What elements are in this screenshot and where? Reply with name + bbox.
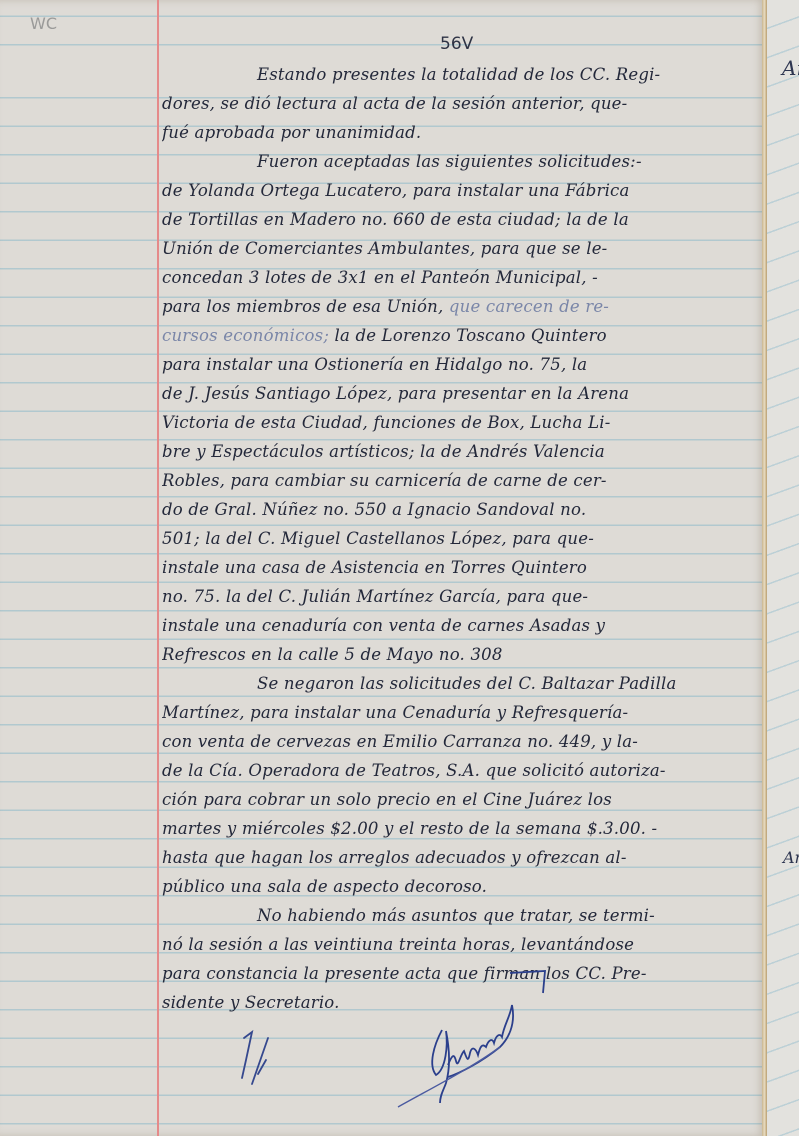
line-text: no. 75. la del C. Julián Martínez García… <box>162 587 588 606</box>
line-text: Martínez, para instalar una Cenaduría y … <box>162 703 628 722</box>
text-line: instale una cenaduría con venta de carne… <box>162 611 758 640</box>
line-text: sidente y Secretario. <box>162 993 340 1012</box>
corner-stamp: WC <box>30 14 57 33</box>
text-line: martes y miércoles $2.00 y el resto de l… <box>162 814 758 843</box>
text-line: cursos económicos; la de Lorenzo Toscano… <box>162 321 758 350</box>
line-text: para los miembros de esa Unión, <box>162 297 443 316</box>
folio-number: 56V <box>440 34 473 54</box>
next-page-mark: Ar <box>782 56 799 80</box>
text-line: Fueron aceptadas las siguientes solicitu… <box>162 147 758 176</box>
next-page-strip: Ar Ar <box>767 0 799 1136</box>
text-line: Refrescos en la calle 5 de Mayo no. 308 <box>162 640 758 669</box>
text-line: Unión de Comerciantes Ambulantes, para q… <box>162 234 758 263</box>
line-text: Estando presentes la totalidad de los CC… <box>257 65 660 84</box>
text-line: para los miembros de esa Unión, que care… <box>162 292 758 321</box>
line-text: ción para cobrar un solo precio en el Ci… <box>162 790 612 809</box>
next-page-mark: Ar <box>783 848 799 867</box>
line-text: 501; la del C. Miguel Castellanos López,… <box>162 529 594 548</box>
text-line: fué aprobada por unanimidad. <box>162 118 758 147</box>
line-text: bre y Espectáculos artísticos; la de And… <box>162 442 605 461</box>
text-line: de Tortillas en Madero no. 660 de esta c… <box>162 205 758 234</box>
line-text: concedan 3 lotes de 3x1 en el Panteón Mu… <box>162 268 598 287</box>
text-line: Estando presentes la totalidad de los CC… <box>162 60 758 89</box>
text-line: de Yolanda Ortega Lucatero, para instala… <box>162 176 758 205</box>
text-line: do de Gral. Núñez no. 550 a Ignacio Sand… <box>162 495 758 524</box>
text-line: de J. Jesús Santiago López, para present… <box>162 379 758 408</box>
line-text: Refrescos en la calle 5 de Mayo no. 308 <box>162 645 503 664</box>
line-text: Victoria de esta Ciudad, funciones de Bo… <box>162 413 611 432</box>
line-text: nó la sesión a las veintiuna treinta hor… <box>162 935 634 954</box>
line-text: dores, se dió lectura al acta de la sesi… <box>162 94 627 113</box>
text-line: Martínez, para instalar una Cenaduría y … <box>162 698 758 727</box>
text-line: Se negaron las solicitudes del C. Baltaz… <box>162 669 758 698</box>
text-line: Victoria de esta Ciudad, funciones de Bo… <box>162 408 758 437</box>
line-text: de J. Jesús Santiago López, para present… <box>162 384 629 403</box>
line-text: con venta de cervezas en Emilio Carranza… <box>162 732 638 751</box>
line-text: instale una casa de Asistencia en Torres… <box>162 558 587 577</box>
faded-ink-text: cursos económicos; <box>162 326 329 345</box>
text-line: instale una casa de Asistencia en Torres… <box>162 553 758 582</box>
text-line: para instalar una Ostionería en Hidalgo … <box>162 350 758 379</box>
text-line: hasta que hagan los arreglos adecuados y… <box>162 843 758 872</box>
text-line: de la Cía. Operadora de Teatros, S.A. qu… <box>162 756 758 785</box>
text-line: nó la sesión a las veintiuna treinta hor… <box>162 930 758 959</box>
red-margin-rule <box>157 0 159 1136</box>
line-text: de Yolanda Ortega Lucatero, para instala… <box>162 181 630 200</box>
text-line: bre y Espectáculos artísticos; la de And… <box>162 437 758 466</box>
faded-ink-text: que carecen de re- <box>443 297 609 316</box>
notebook-page: WC 56V Estando presentes la totalidad de… <box>0 0 766 1136</box>
text-line: con venta de cervezas en Emilio Carranza… <box>162 727 758 756</box>
line-text: la de Lorenzo Toscano Quintero <box>329 326 607 345</box>
line-text: martes y miércoles $2.00 y el resto de l… <box>162 819 657 838</box>
text-line: No habiendo más asuntos que tratar, se t… <box>162 901 758 930</box>
text-line: público una sala de aspecto decoroso. <box>162 872 758 901</box>
text-line: no. 75. la del C. Julián Martínez García… <box>162 582 758 611</box>
line-text: público una sala de aspecto decoroso. <box>162 877 487 896</box>
line-text: de la Cía. Operadora de Teatros, S.A. qu… <box>162 761 666 780</box>
line-text: instale una cenaduría con venta de carne… <box>162 616 605 635</box>
line-text: Fueron aceptadas las siguientes solicitu… <box>257 152 642 171</box>
line-text: Se negaron las solicitudes del C. Baltaz… <box>257 674 677 693</box>
text-line: dores, se dió lectura al acta de la sesi… <box>162 89 758 118</box>
line-text: hasta que hagan los arreglos adecuados y… <box>162 848 627 867</box>
text-line: Robles, para cambiar su carnicería de ca… <box>162 466 758 495</box>
line-text: de Tortillas en Madero no. 660 de esta c… <box>162 210 629 229</box>
text-line: concedan 3 lotes de 3x1 en el Panteón Mu… <box>162 263 758 292</box>
handwritten-minutes: Estando presentes la totalidad de los CC… <box>162 60 758 1017</box>
signature-main <box>390 965 570 1115</box>
line-text: fué aprobada por unanimidad. <box>162 123 421 142</box>
line-text: do de Gral. Núñez no. 550 a Ignacio Sand… <box>162 500 586 519</box>
signature-initials <box>238 1020 288 1100</box>
text-line: ción para cobrar un solo precio en el Ci… <box>162 785 758 814</box>
line-text: para instalar una Ostionería en Hidalgo … <box>162 355 587 374</box>
line-text: Robles, para cambiar su carnicería de ca… <box>162 471 607 490</box>
text-line: 501; la del C. Miguel Castellanos López,… <box>162 524 758 553</box>
line-text: No habiendo más asuntos que tratar, se t… <box>257 906 655 925</box>
line-text: Unión de Comerciantes Ambulantes, para q… <box>162 239 607 258</box>
